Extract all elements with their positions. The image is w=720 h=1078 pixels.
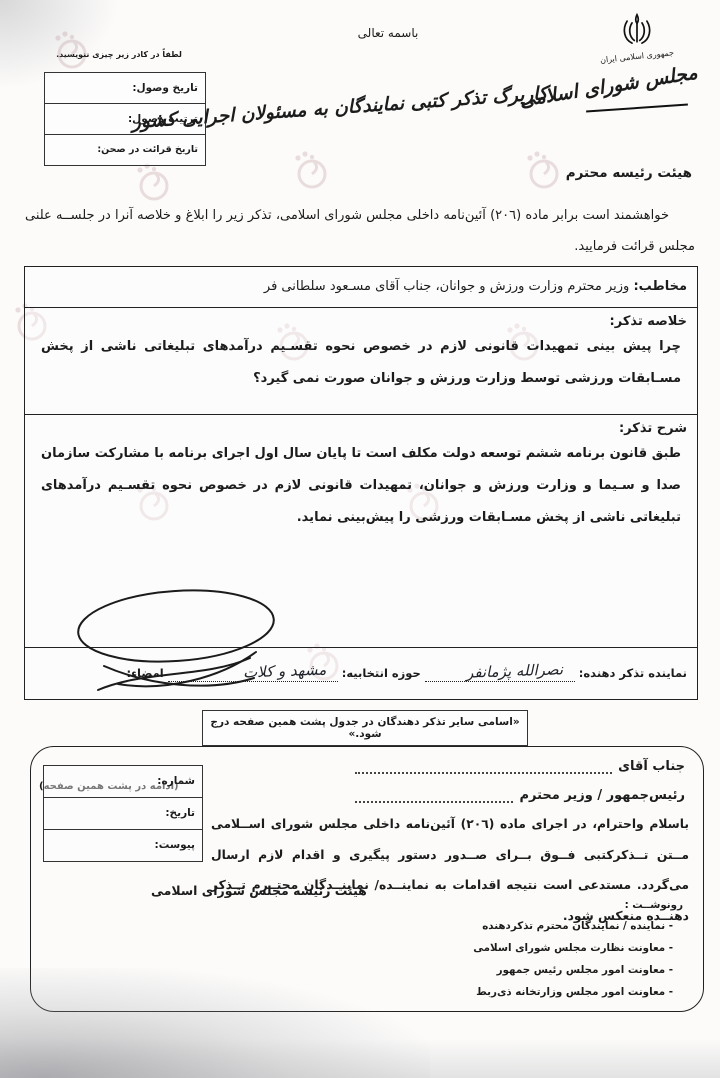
summary-row: خلاصه تذکر: چرا پیش بینی تمهیدات قانونی … <box>25 307 697 414</box>
constituency-label: حوزه انتخابیه: <box>342 666 421 680</box>
to-line-president-minister-blank[interactable] <box>355 788 513 803</box>
meta-row-date[interactable]: تاریخ: <box>44 797 202 829</box>
scanned-notice-form-page: باسمه تعالی جمهوری اسلامی ایران مجلس شور… <box>0 0 720 1078</box>
cc-item-representatives: - نماینده / نمایندگان محترم تذکردهنده <box>473 915 683 937</box>
representative-label: نماینده تذکر دهنده: <box>579 666 687 680</box>
stamp-box-note: لطفاً در کادر زیر چیزی ننویسید. <box>40 50 198 59</box>
watermark-icon <box>520 148 568 196</box>
majlis-logo: جمهوری اسلامی ایران مجلس شورای اسلامی <box>576 12 698 109</box>
description-row: شرح تذکر: طبق قانون برنامه ششم توسعه دول… <box>25 414 697 647</box>
addressee-row: مخاطب: وزیر محترم وزارت ورزش و جوانان، ج… <box>25 267 697 307</box>
notice-table: مخاطب: وزیر محترم وزارت ورزش و جوانان، ج… <box>24 266 698 700</box>
stamp-row-receipt-date[interactable]: تاریخ وصول: <box>45 73 205 103</box>
intro-paragraph: خواهشمند است برابر ماده (٢٠٦) آئین‌نامه … <box>25 200 695 262</box>
stamp-row-reading-date[interactable]: تاریخ قرائت در صحن: <box>45 134 205 165</box>
to-line-president-minister: رئیس‌جمهور / وزیر محترم <box>355 788 685 803</box>
iran-emblem-icon <box>619 12 655 50</box>
forwarding-section: جناب آقای رئیس‌جمهور / وزیر محترم شماره:… <box>30 746 704 1012</box>
summary-text: چرا پیش بینی تمهیدات قانونی لازم در خصوص… <box>41 331 681 395</box>
cc-item-ministry-parliamentary-deputy: - معاونت امور مجلس وزارتخانه ذی‌ربط <box>473 981 683 1003</box>
addressee-value: وزیر محترم وزارت ورزش و جوانان، جناب آقا… <box>264 279 629 294</box>
cc-label: رونوشــت : <box>473 899 683 911</box>
representative-name-handwriting: نصرالله پژمانفر <box>465 660 563 681</box>
signature-label: امضاء: <box>127 666 164 680</box>
meta-row-number[interactable]: شماره: <box>44 766 202 797</box>
form-title: کاربرگ تذکر کتبی نمایندگان به مسئولان اج… <box>178 83 549 130</box>
meta-row-attachment[interactable]: پیوست: <box>44 829 202 861</box>
to-line-president-minister-label: رئیس‌جمهور / وزیر محترم <box>519 788 685 803</box>
to-line-mr-blank[interactable] <box>355 759 612 774</box>
number-date-attachment-box: شماره: تاریخ: پیوست: <box>43 765 203 862</box>
description-label: شرح تذکر: <box>35 421 687 436</box>
logo-underline <box>586 103 688 112</box>
addressee-label: مخاطب: <box>633 279 687 294</box>
cc-item-oversight-deputy: - معاونت نظارت مجلس شورای اسلامی <box>473 937 683 959</box>
cc-list: رونوشــت : - نماینده / نمایندگان محترم ت… <box>473 899 683 1004</box>
cc-item-president-parliamentary-deputy: - معاونت امور مجلس رئیس جمهور <box>473 959 683 981</box>
representative-row: نماینده تذکر دهنده: نصرالله پژمانفر حوزه… <box>25 647 697 698</box>
constituency-field[interactable]: مشهد و کلات <box>168 665 338 682</box>
scan-shadow-bottom <box>0 1038 720 1078</box>
representative-name-field[interactable]: نصرالله پژمانفر <box>425 665 575 682</box>
to-line-mr-label: جناب آقای <box>618 759 685 774</box>
presidium-signoff: هیئت رئیسه مجلس شورای اسلامی <box>151 883 367 898</box>
description-text: طبق قانون برنامه ششم توسعه دولت مکلف است… <box>41 438 681 534</box>
logo-majlis-line: مجلس شورای اسلامی <box>575 62 699 103</box>
constituency-handwriting: مشهد و کلات <box>242 660 326 681</box>
summary-label: خلاصه تذکر: <box>35 314 687 329</box>
to-line-mr: جناب آقای <box>355 759 685 774</box>
watermark-icon <box>288 148 336 196</box>
salutation-heading: هیئت رئیسه محترم <box>566 165 692 181</box>
other-signers-note: «اسامی سایر تذکر دهندگان در جدول پشت همی… <box>202 710 528 746</box>
